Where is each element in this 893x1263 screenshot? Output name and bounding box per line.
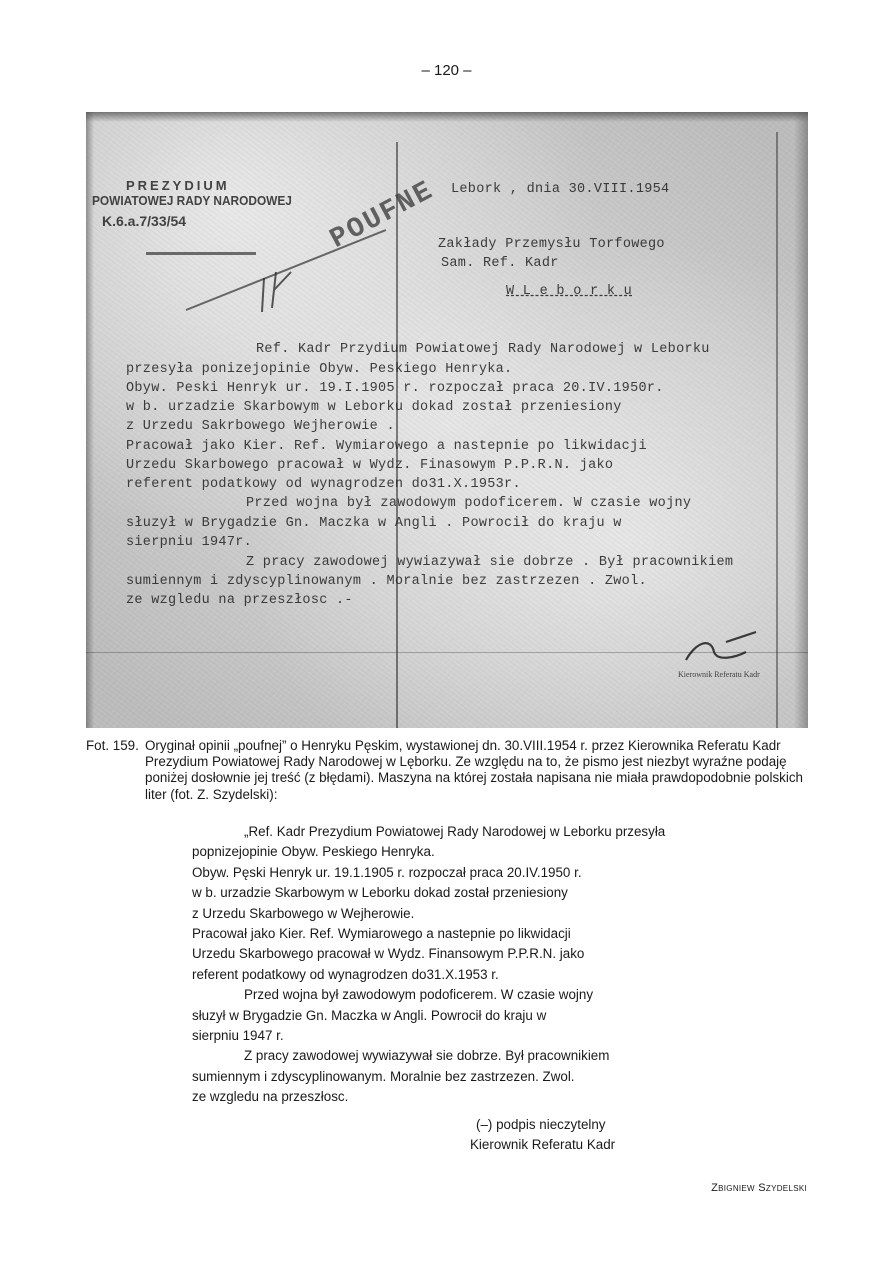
body-line: Pracował jako Kier. Ref. Wymiarowego a n…: [126, 439, 647, 454]
transcription-signature: (–) podpis nieczytelny Kierownik Referat…: [470, 1115, 615, 1156]
transcription-line: Przed wojna był zawodowym podoficerem. W…: [192, 985, 732, 1005]
addressee-line: Zakłady Przemysłu Torfowego: [438, 237, 665, 252]
signature-stamp: Kierownik Referatu Kadr: [678, 670, 760, 679]
transcription-line: sierpniu 1947 r.: [192, 1026, 732, 1046]
author-footer: Zbigniew Szydelski: [711, 1182, 807, 1194]
transcription-line: Pracował jako Kier. Ref. Wymiarowego a n…: [192, 924, 732, 944]
transcription-line: referent podatkowy od wynagrodzen do31.X…: [192, 965, 732, 985]
transcription-line: w b. urzadzie Skarbowym w Leborku dokad …: [192, 883, 732, 903]
body-line: Ref. Kadr Przydium Powiatowej Rady Narod…: [256, 342, 710, 357]
caption-text: Oryginał opinii „poufnej” o Henryku Pęsk…: [145, 738, 811, 803]
body-line: przesyła ponizejopinie Obyw. Peskiego He…: [126, 362, 512, 377]
body-line: z Urzedu Sakrbowego Wejherowie .: [126, 419, 395, 434]
transcription-line: Urzedu Skarbowego pracował w Wydz. Finan…: [192, 944, 732, 964]
body-line: sumiennym i zdyscyplinowanym . Moralnie …: [126, 574, 647, 589]
transcription: „Ref. Kadr Prezydium Powiatowej Rady Nar…: [192, 822, 732, 1108]
place-date: Lebork , dnia 30.VIII.1954: [451, 182, 669, 197]
addressee-line: W L e b o r k u: [506, 284, 632, 299]
transcription-line: Obyw. Pęski Henryk ur. 19.1.1905 r. rozp…: [192, 863, 732, 883]
transcription-line: słuzył w Brygadzie Gn. Maczka w Angli. P…: [192, 1006, 732, 1026]
body-line: Urzedu Skarbowego pracował w Wydz. Finas…: [126, 458, 613, 473]
transcription-line: sumiennym i zdyscyplinowanym. Moralnie b…: [192, 1067, 732, 1087]
body-line: słuzył w Brygadzie Gn. Maczka w Angli . …: [126, 516, 622, 531]
caption-label: Fot. 159.: [86, 738, 139, 754]
signature-line: Kierownik Referatu Kadr: [470, 1135, 615, 1155]
transcription-line: ze wzgledu na przeszłosc.: [192, 1087, 732, 1107]
transcription-line: „Ref. Kadr Prezydium Powiatowej Rady Nar…: [192, 822, 732, 842]
transcription-line: popnizejopinie Obyw. Peskiego Henryka.: [192, 842, 732, 862]
addressee-line: Sam. Ref. Kadr: [441, 256, 559, 271]
body-line: w b. urzadzie Skarbowym w Leborku dokad …: [126, 400, 622, 415]
document-photo: PREZYDIUM POWIATOWEJ RADY NARODOWEJ K.6.…: [86, 112, 808, 728]
signature-line: (–) podpis nieczytelny: [470, 1115, 615, 1135]
body-line: Przed wojna był zawodowym podoficerem. W…: [246, 496, 691, 511]
transcription-line: Z pracy zawodowej wywiazywał sie dobrze.…: [192, 1046, 732, 1066]
body-line: ze wzgledu na przeszłosc .-: [126, 593, 353, 608]
transcription-line: z Urzedu Skarbowego w Wejherowie.: [192, 904, 732, 924]
body-line: sierpniu 1947r.: [126, 535, 252, 550]
body-line: Obyw. Peski Henryk ur. 19.I.1905 r. rozp…: [126, 381, 664, 396]
page-number: – 120 –: [0, 62, 893, 79]
body-line: Z pracy zawodowej wywiazywał sie dobrze …: [246, 555, 733, 570]
body-line: referent podatkowy od wynagrodzen do31.X…: [126, 477, 521, 492]
figure-caption: Fot. 159. Oryginał opinii „poufnej” o He…: [86, 738, 811, 803]
